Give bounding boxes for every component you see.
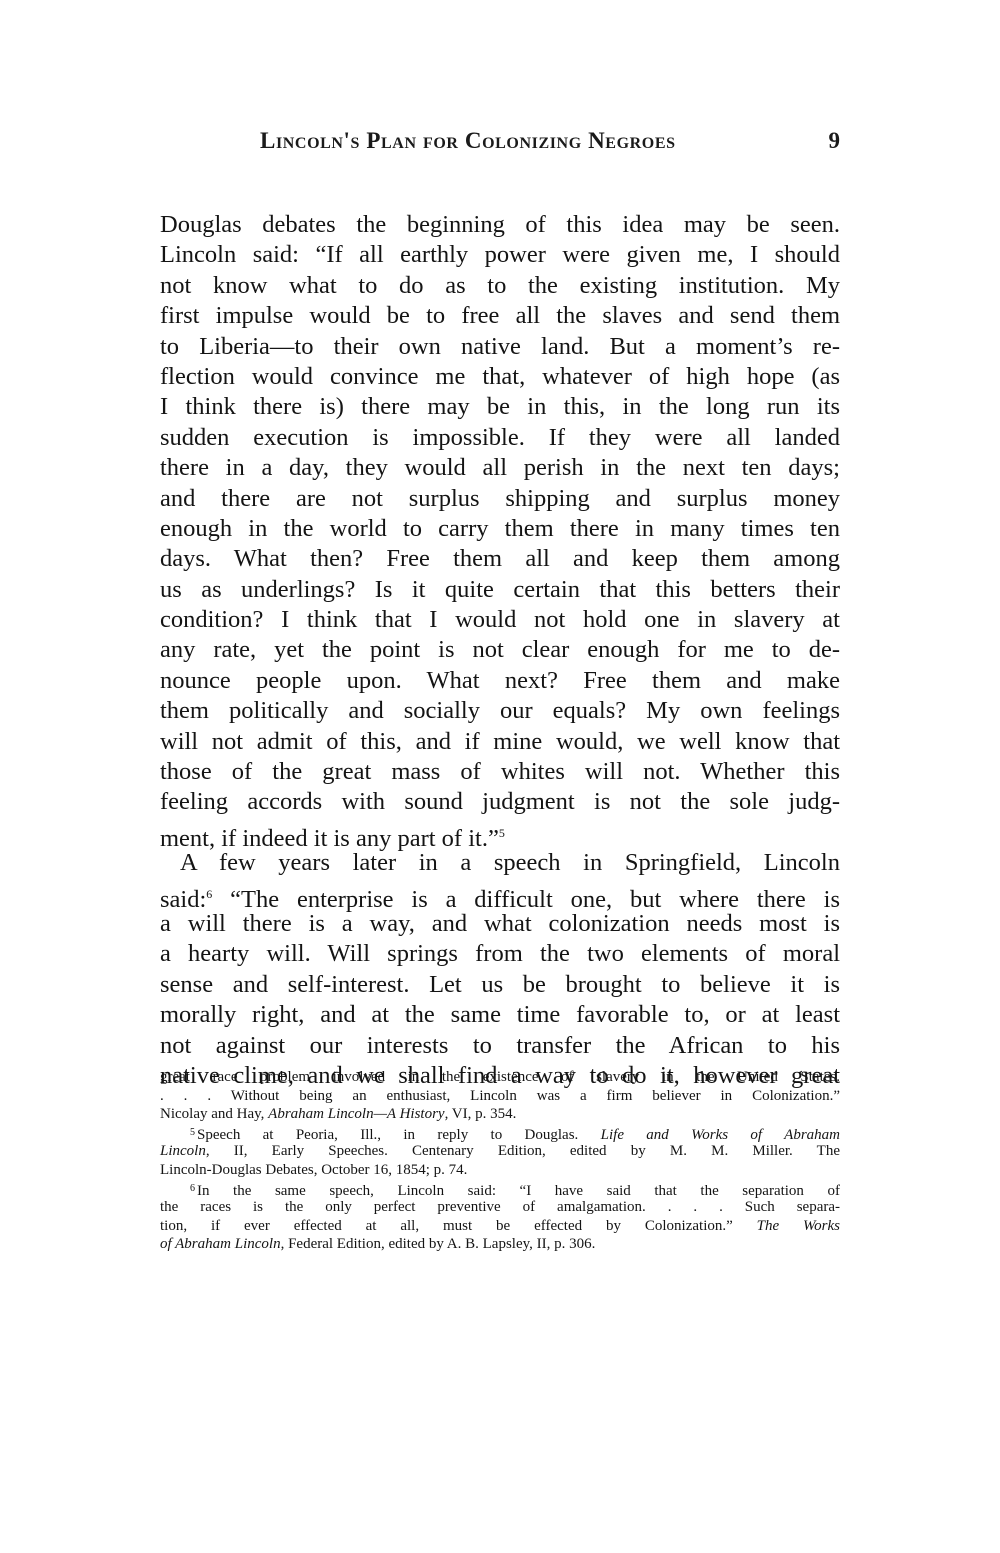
body-line: any rate, yet the point is not clear eno…: [160, 635, 840, 665]
body-line: days. What then? Free them all and keep …: [160, 544, 840, 574]
footnote-continued-line: Nicolay and Hay, Abraham Lincoln—A Histo…: [160, 1105, 840, 1124]
body-line: Lincoln said: “If all earthly power were…: [160, 240, 840, 270]
body-line: us as underlings? Is it quite certain th…: [160, 575, 840, 605]
body-line: feeling accords with sound judgment is n…: [160, 787, 840, 817]
footnote-continued-line: great race problem involved in the exist…: [160, 1068, 840, 1087]
footnote-ref-5[interactable]: 5: [499, 826, 505, 840]
body-line: first impulse would be to free all the s…: [160, 301, 840, 331]
fn-text: Speech at Peoria, Ill., in reply to Doug…: [197, 1127, 601, 1143]
running-head: Lincoln's Plan for Colonizing Negroes 9: [160, 128, 840, 162]
footnote-continued-line: . . . Without being an enthusiast, Linco…: [160, 1087, 840, 1106]
body-line: ment, if indeed it is any part of it.”5: [160, 818, 840, 848]
footnote-marker-6: 6: [190, 1183, 195, 1194]
body-line: morally right, and at the same time favo…: [160, 1000, 840, 1030]
footnote-5-line: Lincoln, II, Early Speeches. Centenary E…: [160, 1142, 840, 1161]
body-line: sense and self-interest. Let us be broug…: [160, 970, 840, 1000]
running-title: Lincoln's Plan for Colonizing Negroes: [260, 128, 676, 154]
body-line: Douglas debates the beginning of this id…: [160, 210, 840, 240]
paragraph-start-line: A few years later in a speech in Springf…: [160, 848, 840, 878]
body-line: those of the great mass of whites will n…: [160, 757, 840, 787]
fn-text: tion, if ever effected at all, must be e…: [160, 1218, 757, 1234]
book-title: Abraham Lincoln—A History: [268, 1106, 444, 1122]
body-line: them politically and socially our equals…: [160, 696, 840, 726]
fn-text: In the same speech, Lincoln said: “I hav…: [197, 1183, 840, 1199]
footnotes: great race problem involved in the exist…: [160, 1068, 840, 1254]
fn-text: , II, Early Speeches. Centenary Edition,…: [206, 1143, 840, 1159]
body-line: sudden execution is impossible. If they …: [160, 423, 840, 453]
book-title: The Works: [757, 1218, 840, 1234]
footnote-6-line: the races is the only perfect preventive…: [160, 1198, 840, 1217]
page-number: 9: [829, 128, 841, 154]
footnote-6-line: tion, if ever effected at all, must be e…: [160, 1217, 840, 1236]
book-title: of Abraham Lincoln: [160, 1236, 281, 1252]
book-title: Lincoln: [160, 1143, 206, 1159]
footnote-5-line: Lincoln-Douglas Debates, October 16, 185…: [160, 1161, 840, 1180]
body-line: will not admit of this, and if mine woul…: [160, 727, 840, 757]
fn-text: Nicolay and Hay,: [160, 1106, 268, 1122]
book-title: Life and Works of Abraham: [601, 1127, 840, 1143]
body-line: there in a day, they would all perish in…: [160, 453, 840, 483]
body-line: nounce people upon. What next? Free them…: [160, 666, 840, 696]
fn-text: , VI, p. 354.: [445, 1106, 517, 1122]
body-line: to Liberia—to their own native land. But…: [160, 332, 840, 362]
body-line: condition? I think that I would not hold…: [160, 605, 840, 635]
body-line: not against our interests to transfer th…: [160, 1031, 840, 1061]
body-line: flection would convince me that, whateve…: [160, 362, 840, 392]
body-line: I think there is) there may be in this, …: [160, 392, 840, 422]
body-text: Douglas debates the beginning of this id…: [160, 210, 840, 1091]
body-line: enough in the world to carry them there …: [160, 514, 840, 544]
body-line: not know what to do as to the existing i…: [160, 271, 840, 301]
fn-text: , Federal Edition, edited by A. B. Lapsl…: [281, 1236, 596, 1252]
footnote-6-line: of Abraham Lincoln, Federal Edition, edi…: [160, 1235, 840, 1254]
footnote-marker-5: 5: [190, 1127, 195, 1138]
footnote-6: 6In the same speech, Lincoln said: “I ha…: [160, 1180, 840, 1199]
body-line: and there are not surplus shipping and s…: [160, 484, 840, 514]
body-line: a will there is a way, and what coloniza…: [160, 909, 840, 939]
body-line: a hearty will. Will springs from the two…: [160, 939, 840, 969]
footnote-5: 5Speech at Peoria, Ill., in reply to Dou…: [160, 1124, 840, 1143]
body-line: said:6 “The enterprise is a difficult on…: [160, 879, 840, 909]
